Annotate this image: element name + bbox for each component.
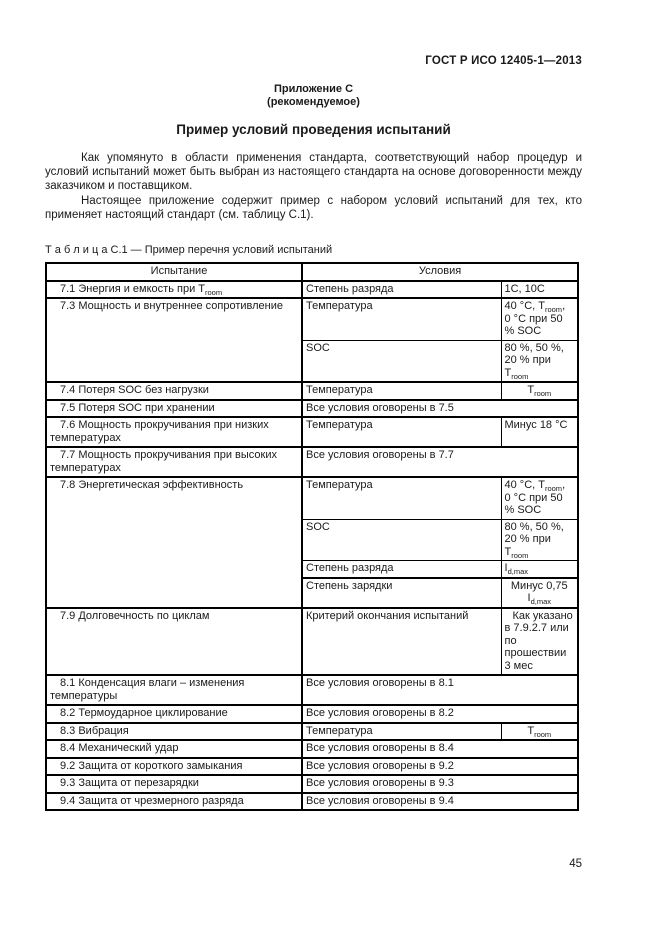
condition-name-cell: Температура (302, 477, 501, 519)
table-row: 8.1 Конденсация влаги – изменения темпер… (46, 675, 578, 705)
body-paragraph-2: Настоящее приложение содержит пример с н… (45, 194, 582, 222)
condition-name-cell: SOC (302, 519, 501, 561)
table-caption: Т а б л и ц а С.1 — Пример перечня услов… (45, 244, 582, 256)
table-row: 8.4 Механический удар Все условия оговор… (46, 740, 578, 758)
condition-value-cell: Минус 0,75 Id,max (501, 578, 578, 608)
test-name-cell: 7.8 Энергетическая эффективность (46, 477, 302, 608)
appendix-label: Приложение С (45, 83, 582, 96)
condition-value-cell: Id,max (501, 561, 578, 578)
appendix-note: (рекомендуемое) (45, 96, 582, 109)
test-name-cell: 7.4 Потеря SOC без нагрузки (46, 382, 302, 400)
test-name-cell: 7.5 Потеря SOC при хранении (46, 400, 302, 418)
condition-span-cell: Все условия оговорены в 9.2 (302, 758, 578, 776)
test-name-cell: 7.1 Энергия и емкость при Troom (46, 281, 302, 299)
document-header: ГОСТ Р ИСО 12405-1—2013 (45, 55, 582, 67)
table-row: 7.3 Мощность и внутреннее сопротивление … (46, 298, 578, 340)
condition-value-cell: Как указано в 7.9.2.7 или по прошествии … (501, 608, 578, 676)
test-name-cell: 8.1 Конденсация влаги – изменения темпер… (46, 675, 302, 705)
condition-name-cell: Температура (302, 298, 501, 340)
conditions-table: Испытание Условия 7.1 Энергия и емкость … (45, 262, 579, 811)
condition-value-cell: 80 %, 50 %, 20 % при Troom (501, 519, 578, 561)
table-row: 9.3 Защита от перезарядки Все условия ог… (46, 775, 578, 793)
condition-value-cell: Troom (501, 382, 578, 400)
condition-name-cell: Степень зарядки (302, 578, 501, 608)
test-name-cell: 7.7 Мощность прокручивания при высоких т… (46, 447, 302, 477)
condition-value-cell: Troom (501, 723, 578, 741)
condition-span-cell: Все условия оговорены в 8.2 (302, 705, 578, 723)
table-row: 7.7 Мощность прокручивания при высоких т… (46, 447, 578, 477)
test-name-cell: 8.4 Механический удар (46, 740, 302, 758)
condition-name-cell: SOC (302, 340, 501, 382)
condition-name-cell: Температура (302, 417, 501, 447)
document-page: ГОСТ Р ИСО 12405-1—2013 Приложение С (ре… (0, 0, 661, 935)
body-paragraph-1: Как упомянуто в области применения станд… (45, 151, 582, 194)
test-name-cell: 7.3 Мощность и внутреннее сопротивление (46, 298, 302, 382)
table-row: 7.4 Потеря SOC без нагрузки Температура … (46, 382, 578, 400)
table-row: 7.5 Потеря SOC при хранении Все условия … (46, 400, 578, 418)
table-row: 7.6 Мощность прокручивания при низких те… (46, 417, 578, 447)
condition-value-cell: Минус 18 °С (501, 417, 578, 447)
condition-span-cell: Все условия оговорены в 7.5 (302, 400, 578, 418)
condition-value-cell: 40 °С, Troom, 0 °С при 50 % SOC (501, 477, 578, 519)
condition-name-cell: Степень разряда (302, 281, 501, 299)
condition-value-cell: 1С, 10С (501, 281, 578, 299)
test-name-cell: 7.6 Мощность прокручивания при низких те… (46, 417, 302, 447)
test-name-cell: 7.9 Долговечность по циклам (46, 608, 302, 676)
content-column: ГОСТ Р ИСО 12405-1—2013 Приложение С (ре… (45, 55, 582, 811)
column-header-test: Испытание (46, 263, 302, 281)
test-name-cell: 8.2 Термоударное циклирование (46, 705, 302, 723)
table-header-row: Испытание Условия (46, 263, 578, 281)
condition-name-cell: Критерий окончания испытаний (302, 608, 501, 676)
test-name-cell: 9.3 Защита от перезарядки (46, 775, 302, 793)
table-row: 7.8 Энергетическая эффективность Темпера… (46, 477, 578, 519)
column-header-conditions: Условия (302, 263, 578, 281)
condition-name-cell: Температура (302, 382, 501, 400)
condition-name-cell: Температура (302, 723, 501, 741)
condition-value-cell: 40 °С, Troom, 0 °С при 50 % SOC (501, 298, 578, 340)
test-name-cell: 9.2 Защита от короткого замыкания (46, 758, 302, 776)
condition-value-cell: 80 %, 50 %, 20 % при Troom (501, 340, 578, 382)
condition-name-cell: Степень разряда (302, 561, 501, 578)
condition-span-cell: Все условия оговорены в 8.4 (302, 740, 578, 758)
test-name-cell: 9.4 Защита от чрезмерного разряда (46, 793, 302, 811)
condition-span-cell: Все условия оговорены в 9.4 (302, 793, 578, 811)
table-row: 7.9 Долговечность по циклам Критерий око… (46, 608, 578, 676)
table-row: 9.4 Защита от чрезмерного разряда Все ус… (46, 793, 578, 811)
table-row: 8.2 Термоударное циклирование Все услови… (46, 705, 578, 723)
table-row: 8.3 Вибрация Температура Troom (46, 723, 578, 741)
table-row: 7.1 Энергия и емкость при Troom Степень … (46, 281, 578, 299)
page-number: 45 (45, 858, 588, 870)
condition-span-cell: Все условия оговорены в 7.7 (302, 447, 578, 477)
table-row: 9.2 Защита от короткого замыкания Все ус… (46, 758, 578, 776)
test-name-cell: 8.3 Вибрация (46, 723, 302, 741)
condition-span-cell: Все условия оговорены в 8.1 (302, 675, 578, 705)
page-title: Пример условий проведения испытаний (45, 122, 582, 137)
condition-span-cell: Все условия оговорены в 9.3 (302, 775, 578, 793)
